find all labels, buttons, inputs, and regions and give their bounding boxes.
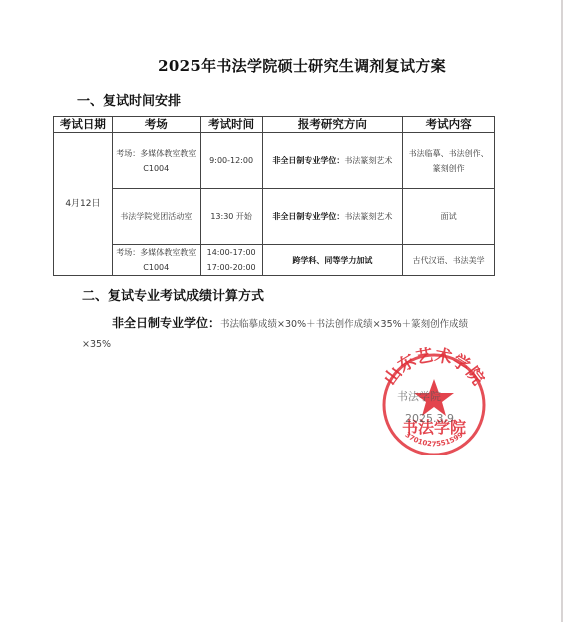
content-cell: 书法临摹、书法创作、篆刻创作 (403, 133, 495, 189)
venue-cell: 考场：多媒体教室教室C1004 (112, 133, 200, 189)
header-direction: 报考研究方向 (262, 117, 403, 133)
seal-overlay-name: 书法学院 (397, 388, 441, 404)
content-cell: 面试 (403, 189, 495, 245)
table-row: 考场：多媒体教室教室C1004 14:00-17:0017:00-20:00 跨… (54, 245, 495, 276)
direction-major: 书法篆刻艺术 (344, 156, 392, 165)
content-cell: 古代汉语、书法美学 (403, 245, 495, 276)
seal-overlay-date: 2025.3.9 (405, 412, 454, 425)
exam-date: 4月12日 (54, 133, 113, 276)
document-title: 2025年书法学院硕士研究生调剂复试方案 (0, 55, 564, 76)
time-cell: 13:30 开始 (200, 189, 262, 245)
direction-major: 书法篆刻艺术 (344, 212, 392, 221)
time-slot-1: 14:00-17:00 (204, 245, 259, 260)
direction-type: 跨学科、同等学力加试 (292, 256, 372, 265)
time-slot-2: 17:00-20:00 (204, 260, 259, 275)
table-row: 4月12日 考场：多媒体教室教室C1004 9:00-12:00 非全日制专业学… (54, 133, 495, 189)
header-time: 考试时间 (200, 117, 262, 133)
direction-cell: 非全日制专业学位：书法篆刻艺术 (262, 189, 403, 245)
table-row: 书法学院党团活动室 13:30 开始 非全日制专业学位：书法篆刻艺术 面试 (54, 189, 495, 245)
page-edge (561, 0, 563, 622)
direction-cell: 跨学科、同等学力加试 (262, 245, 403, 276)
header-venue: 考场 (112, 117, 200, 133)
section-heading-schedule: 一、复试时间安排 (77, 90, 181, 109)
time-cell: 9:00-12:00 (200, 133, 262, 189)
table-header-row: 考试日期 考场 考试时间 报考研究方向 考试内容 (54, 117, 495, 133)
header-content: 考试内容 (403, 117, 495, 133)
header-date: 考试日期 (54, 117, 113, 133)
section-heading-scoring: 二、复试专业考试成绩计算方式 (82, 285, 264, 304)
direction-cell: 非全日制专业学位：书法篆刻艺术 (262, 133, 403, 189)
direction-type: 非全日制专业学位： (272, 212, 344, 221)
venue-cell: 书法学院党团活动室 (112, 189, 200, 245)
direction-type: 非全日制专业学位： (272, 156, 344, 165)
venue-cell: 考场：多媒体教室教室C1004 (112, 245, 200, 276)
time-cell: 14:00-17:0017:00-20:00 (200, 245, 262, 276)
schedule-table: 考试日期 考场 考试时间 报考研究方向 考试内容 4月12日 考场：多媒体教室教… (53, 116, 495, 276)
formula-label: 非全日制专业学位： (82, 316, 220, 330)
